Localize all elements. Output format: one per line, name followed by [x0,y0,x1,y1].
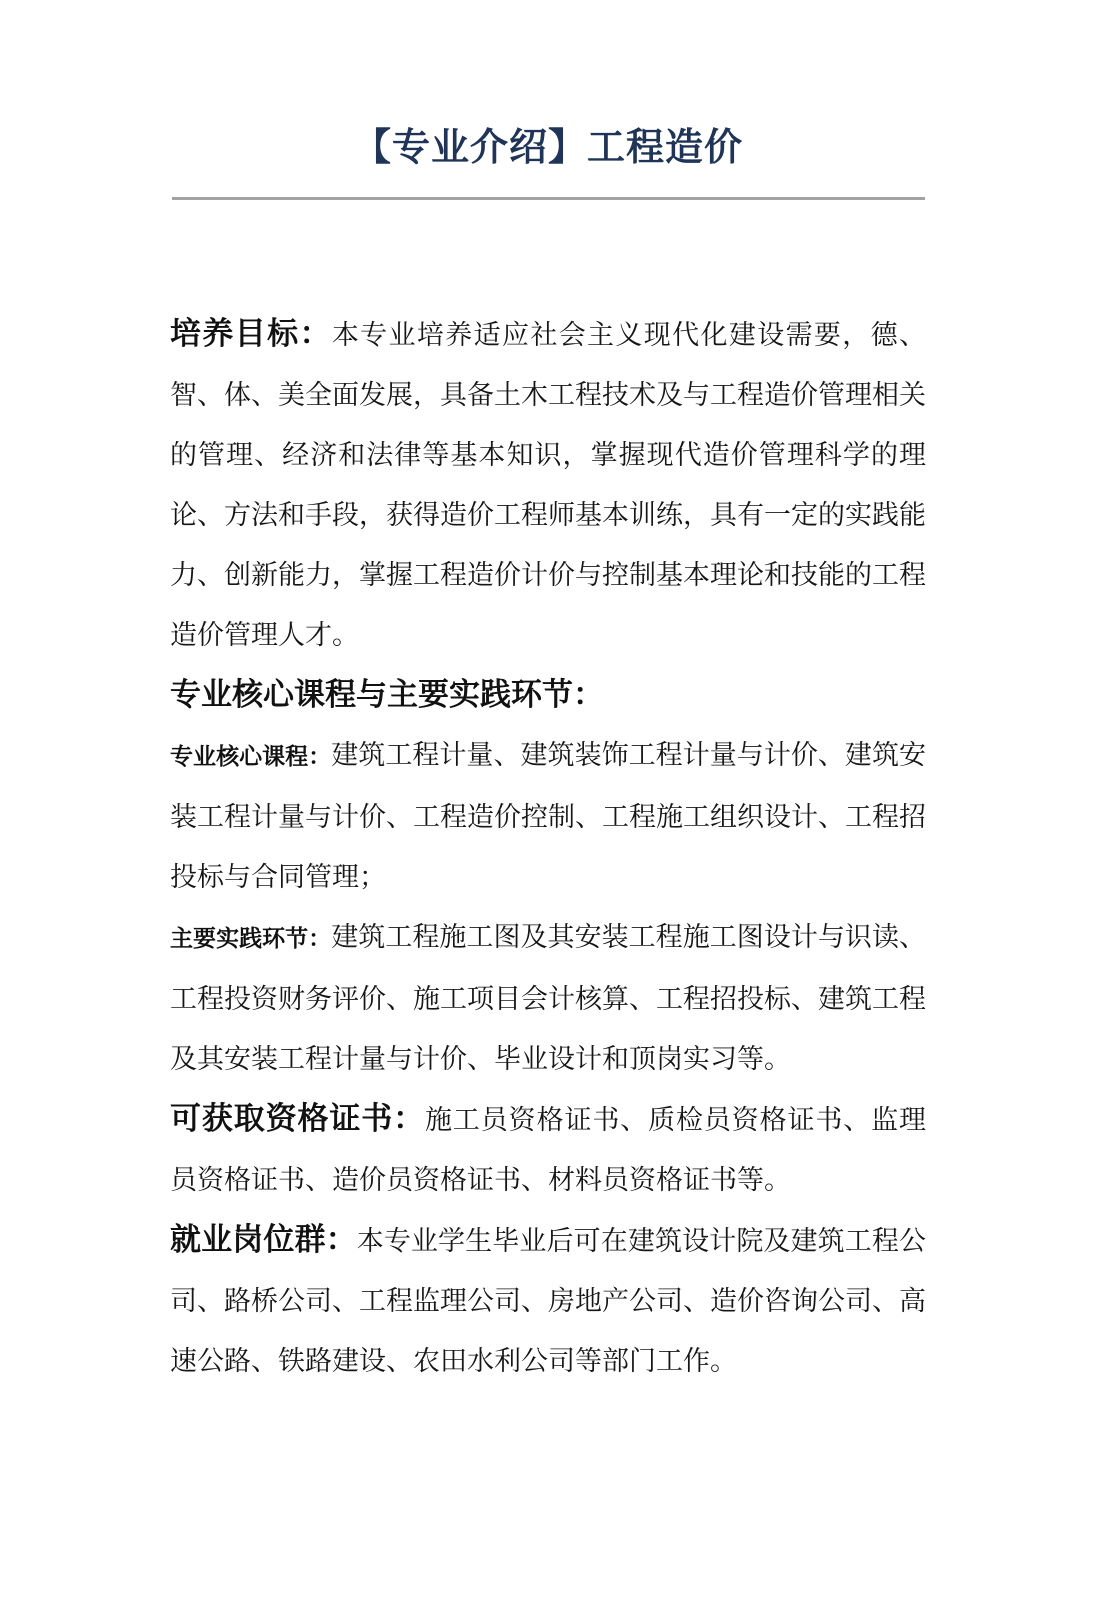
training-objective-label: 培养目标： [170,316,332,351]
page-title: 【专业介绍】工程造价 [0,0,1096,171]
certificates-label: 可获取资格证书： [170,1101,425,1136]
paragraph-core-courses: 专业核心课程：建筑工程计量、建筑装饰工程计量与计价、建筑安装工程计量与计价、工程… [170,725,926,907]
paragraph-training-objective: 培养目标：本专业培养适应社会主义现代化建设需要，德、智、体、美全面发展，具备土木… [170,304,926,665]
paragraph-certificates: 可获取资格证书：施工员资格证书、质检员资格证书、监理员资格证书、造价员资格证书、… [170,1089,926,1210]
section-heading-core-courses-practice: 专业核心课程与主要实践环节： [170,665,926,725]
paragraph-jobs: 就业岗位群：本专业学生毕业后可在建筑设计院及建筑工程公司、路桥公司、工程监理公司… [170,1210,926,1391]
document-body: 培养目标：本专业培养适应社会主义现代化建设需要，德、智、体、美全面发展，具备土木… [170,304,926,1391]
paragraph-practice: 主要实践环节：建筑工程施工图及其安装工程施工图设计与识读、工程投资财务评价、施工… [170,907,926,1089]
title-divider [172,197,925,200]
jobs-label: 就业岗位群： [170,1222,357,1257]
document-page: 【专业介绍】工程造价 培养目标：本专业培养适应社会主义现代化建设需要，德、智、体… [0,0,1096,1600]
core-courses-label: 专业核心课程： [170,744,331,769]
training-objective-text: 本专业培养适应社会主义现代化建设需要，德、智、体、美全面发展，具备土木工程技术及… [170,320,926,650]
practice-label: 主要实践环节： [170,926,331,951]
